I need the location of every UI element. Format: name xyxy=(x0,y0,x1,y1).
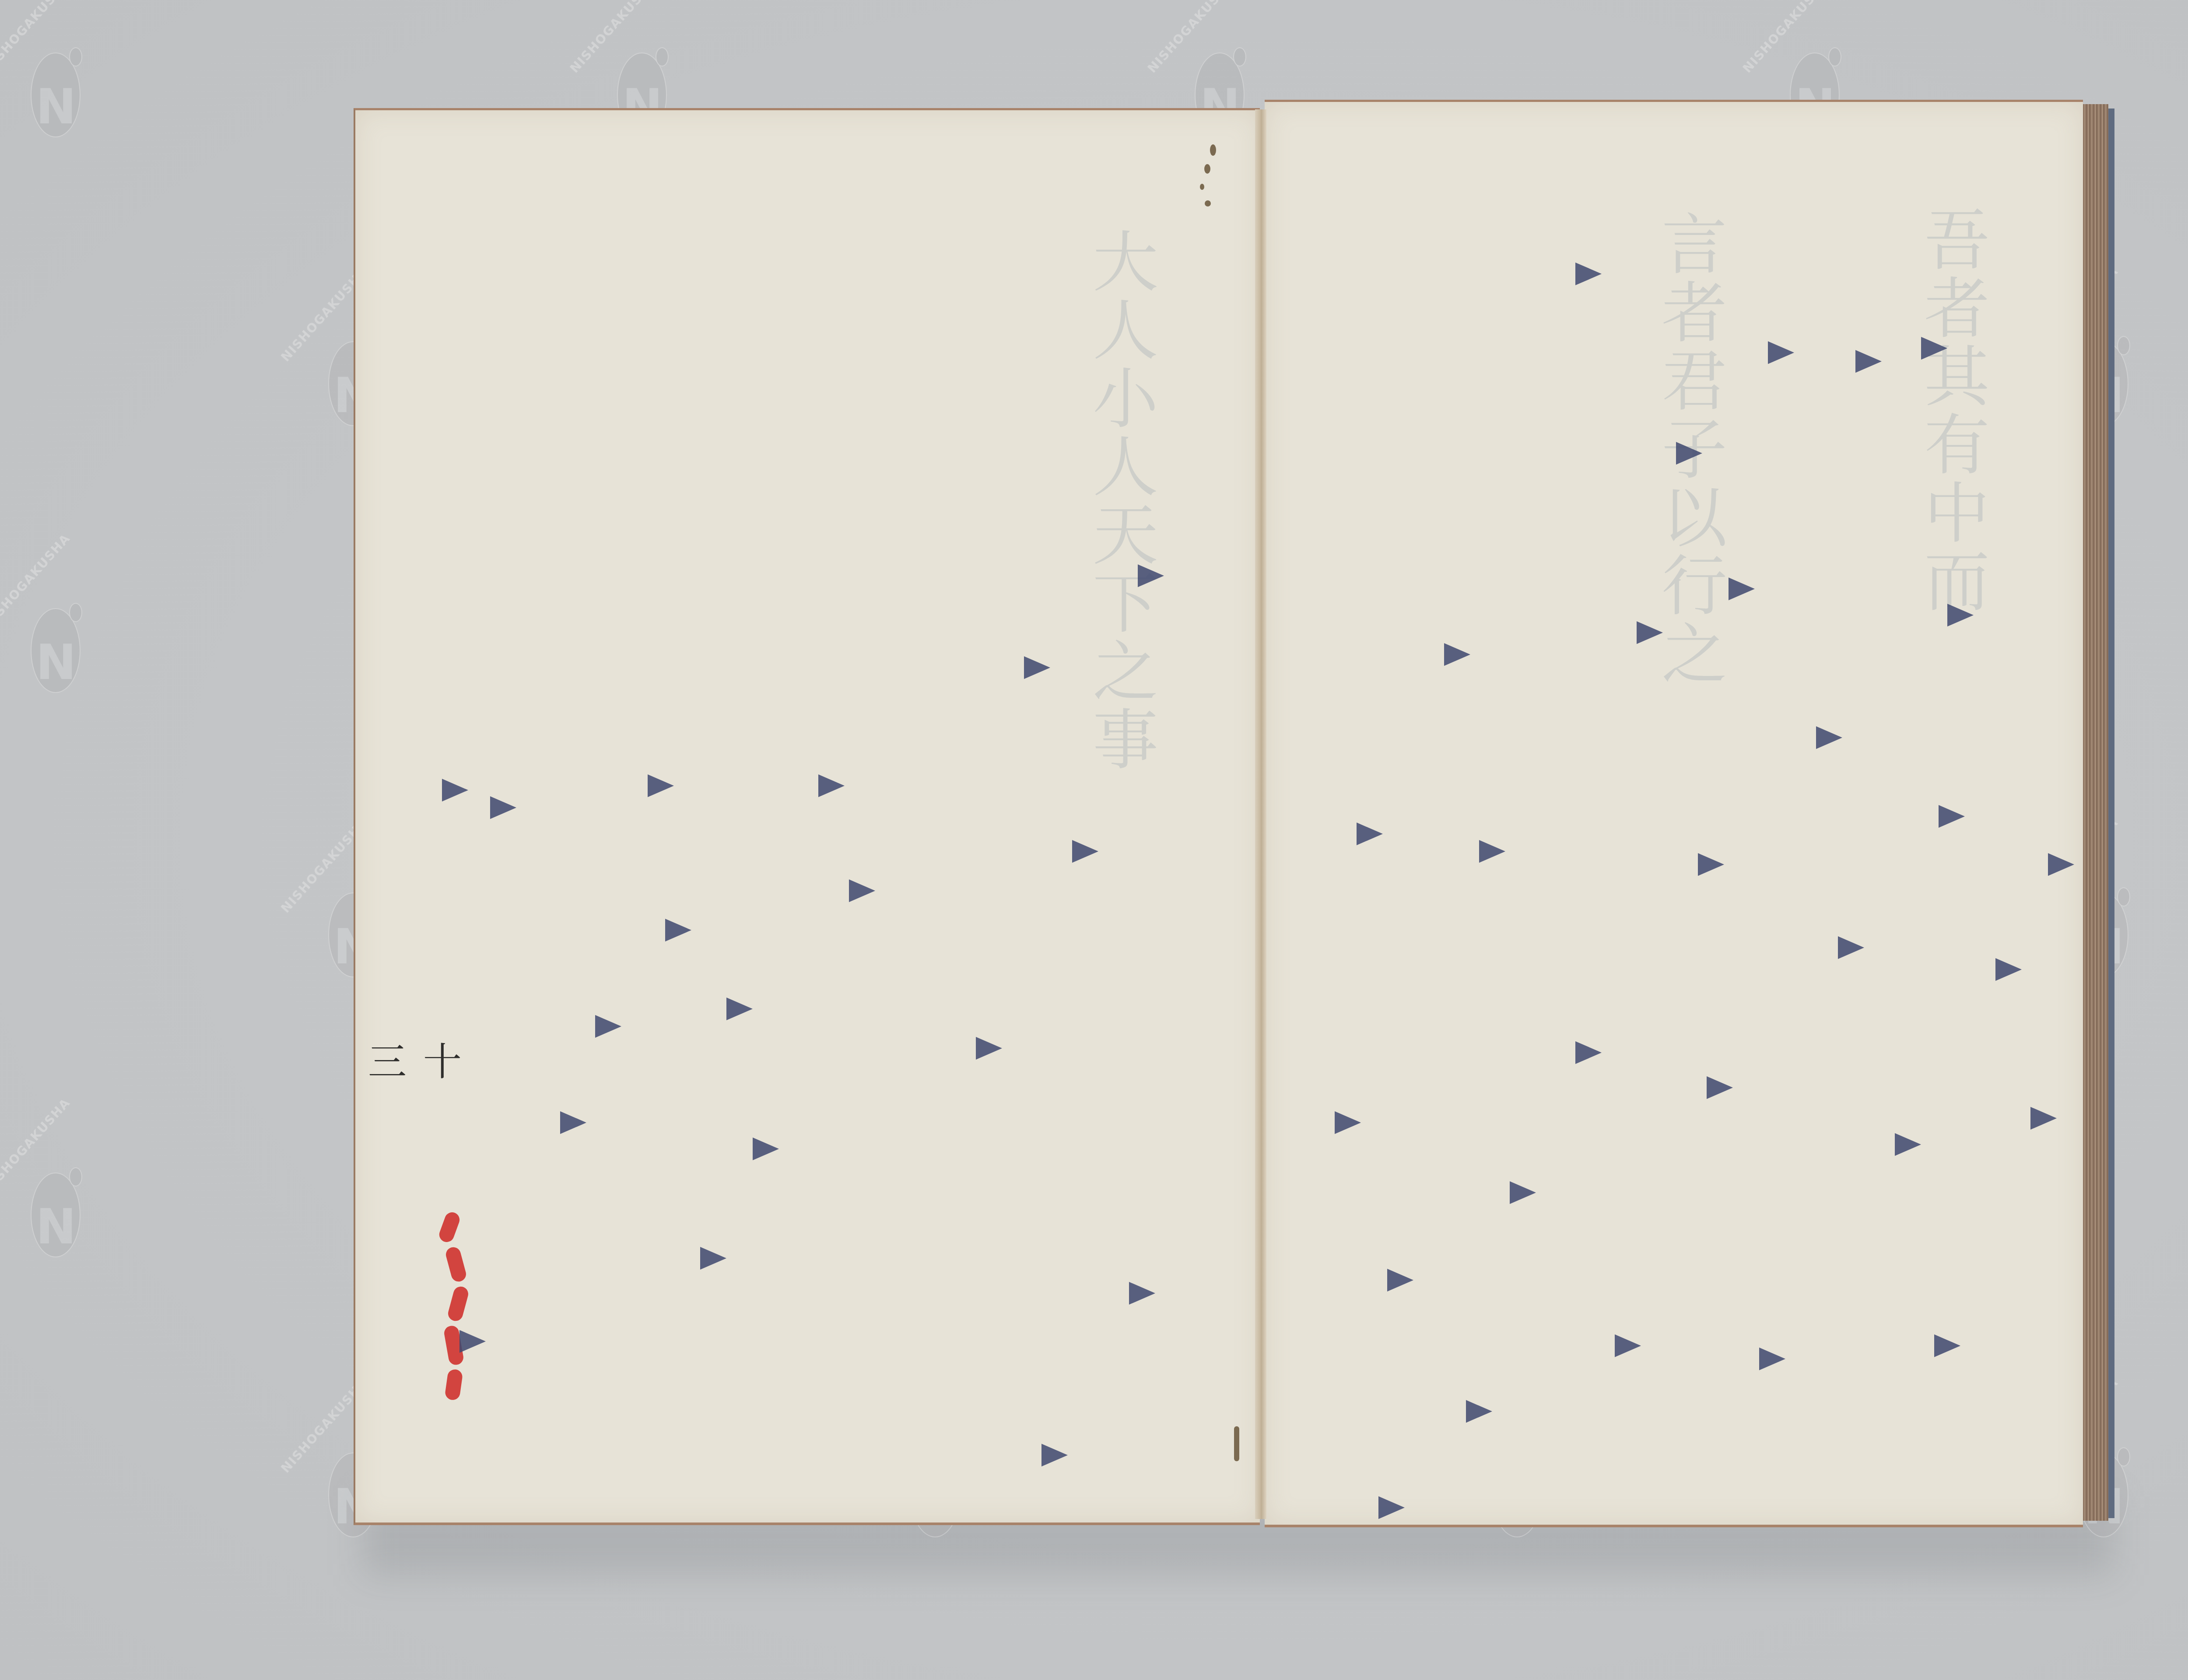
book-gutter xyxy=(1255,109,1266,1519)
ink-blot xyxy=(1234,1426,1239,1461)
kaeriten-mark-icon xyxy=(1024,656,1050,679)
kaeriten-mark-icon xyxy=(595,1015,621,1038)
kaeriten-mark-icon xyxy=(1041,1444,1068,1466)
kaeriten-mark-icon xyxy=(1129,1282,1155,1305)
kaeriten-mark-icon xyxy=(1466,1400,1492,1423)
kaeriten-mark-icon xyxy=(818,774,845,797)
page-number: 十三 xyxy=(357,1041,467,1080)
kaeriten-mark-icon xyxy=(1816,726,1842,749)
kaeriten-mark-icon xyxy=(1479,840,1505,863)
kaeriten-mark-icon xyxy=(753,1137,779,1160)
nishogakusha-watermark-icon: NNISHOGAKUSHA xyxy=(18,1146,131,1260)
kaeriten-mark-icon xyxy=(1921,337,1947,360)
ink-blot xyxy=(1205,200,1211,206)
kaeriten-mark-icon xyxy=(648,774,674,797)
kaeriten-mark-icon xyxy=(1637,621,1663,644)
kaeriten-mark-icon xyxy=(1615,1334,1641,1357)
kaeriten-mark-icon xyxy=(726,997,753,1020)
nishogakusha-watermark-icon: NNISHOGAKUSHA xyxy=(18,26,131,140)
kaeriten-mark-icon xyxy=(1575,1041,1602,1064)
page-stack-fore-edge xyxy=(2083,104,2108,1521)
kaeriten-mark-icon xyxy=(1444,643,1470,666)
blue-cover-edge xyxy=(2108,108,2114,1518)
kaeriten-mark-icon xyxy=(1698,853,1724,876)
kaeriten-mark-icon xyxy=(490,796,516,819)
kaeriten-mark-icon xyxy=(1995,958,2022,981)
kaeriten-mark-icon xyxy=(442,779,468,801)
kaeriten-mark-icon xyxy=(1357,822,1383,845)
ink-blot xyxy=(1200,184,1204,190)
bleed-through-text: 吾者其有中而 xyxy=(1904,206,1998,615)
kaeriten-mark-icon xyxy=(665,919,691,941)
kaeriten-mark-icon xyxy=(560,1111,586,1134)
kaeriten-mark-icon xyxy=(1934,1334,1960,1357)
kaeriten-mark-icon xyxy=(1138,564,1164,587)
kaeriten-mark-icon xyxy=(700,1247,726,1270)
kaeriten-mark-icon xyxy=(1895,1133,1921,1156)
kaeriten-mark-icon xyxy=(1939,805,1965,828)
kaeriten-mark-icon xyxy=(1378,1496,1405,1519)
kaeriten-mark-icon xyxy=(1676,442,1702,465)
kaeriten-mark-icon xyxy=(976,1037,1002,1060)
kaeriten-mark-icon xyxy=(1387,1269,1413,1291)
ink-blot xyxy=(1204,164,1210,174)
kaeriten-mark-icon xyxy=(1838,936,1864,959)
kaeriten-mark-icon xyxy=(1759,1347,1785,1370)
ink-blot xyxy=(1210,144,1216,156)
kaeriten-mark-icon xyxy=(1729,577,1755,600)
kaeriten-mark-icon xyxy=(1855,350,1882,373)
kaeriten-mark-icon xyxy=(1707,1076,1733,1099)
kaeriten-mark-icon xyxy=(1768,341,1794,364)
kaeriten-mark-icon xyxy=(1510,1181,1536,1204)
kaeriten-mark-icon xyxy=(1335,1111,1361,1134)
kaeriten-mark-icon xyxy=(849,879,875,902)
kaeriten-mark-icon xyxy=(1072,840,1098,863)
bleed-through-text: 大人小人天下之事 xyxy=(1072,227,1167,773)
kaeriten-mark-icon xyxy=(2030,1107,2057,1130)
kaeriten-mark-icon xyxy=(1947,604,1974,626)
kaeriten-mark-icon xyxy=(2048,853,2074,876)
kaeriten-mark-icon xyxy=(459,1330,486,1353)
nishogakusha-watermark-icon: NNISHOGAKUSHA xyxy=(18,582,131,696)
kaeriten-mark-icon xyxy=(1575,262,1602,285)
